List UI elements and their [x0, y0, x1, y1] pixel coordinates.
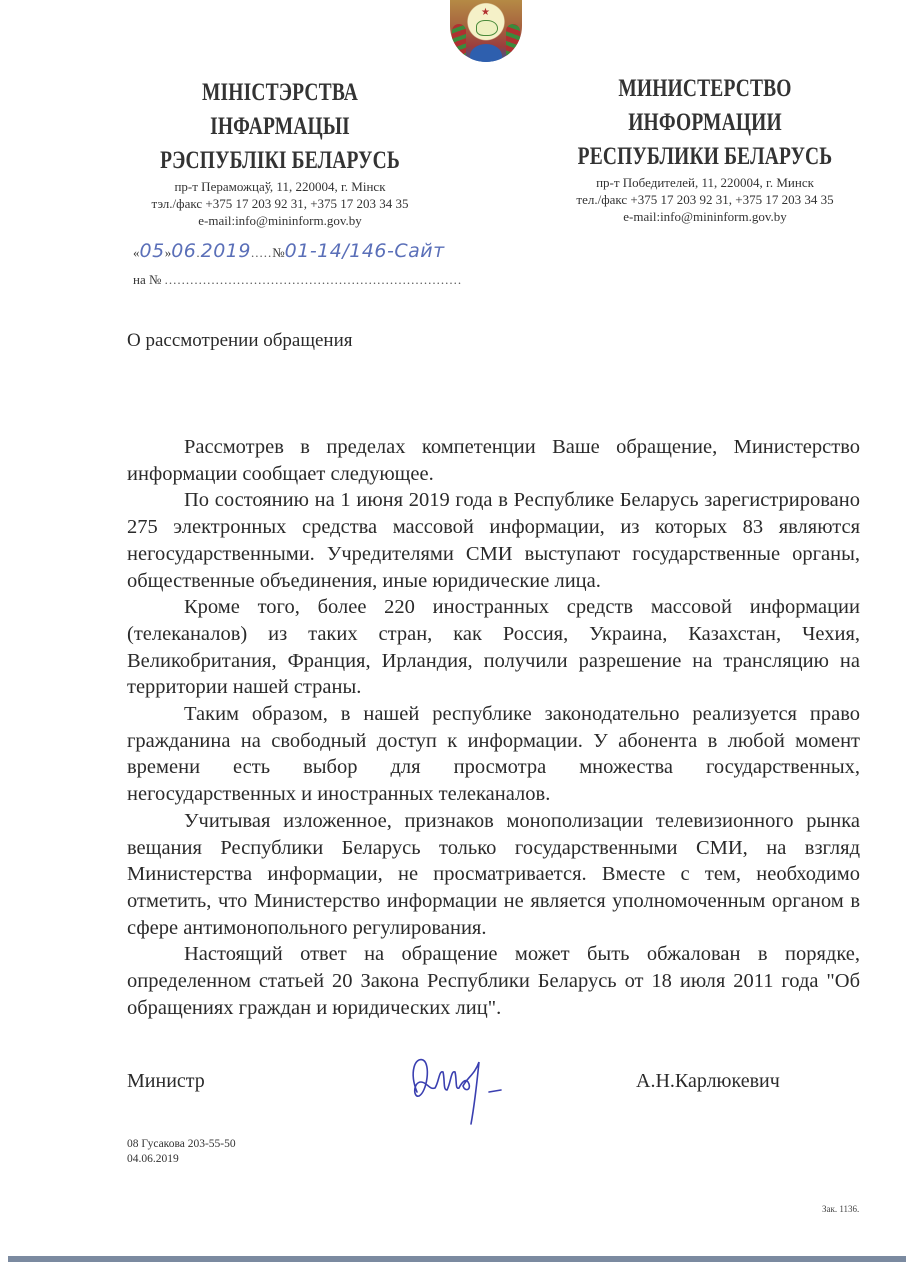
- print-order-number: Зак. 1136.: [822, 1204, 859, 1214]
- body-paragraph: Кроме того, более 220 иностранных средст…: [127, 594, 860, 701]
- body-paragraph: По состоянию на 1 июня 2019 года в Респу…: [127, 487, 860, 594]
- ministry-phone: тел./факс +375 17 203 92 31, +375 17 203…: [505, 191, 905, 208]
- ministry-name-line1: МИНИСТЕРСТВО ИНФОРМАЦИИ: [549, 72, 861, 140]
- belarus-state-emblem-icon: ★: [450, 0, 522, 62]
- ministry-address: пр-т Победителей, 11, 220004, г. Минск: [505, 174, 905, 191]
- body-paragraph: Учитывая изложенное, признаков монополиз…: [127, 808, 860, 942]
- reply-to-reference: на № ...................................…: [133, 272, 462, 288]
- ref-month: 06: [171, 240, 196, 262]
- ref-number: 01-14/146-Сайт: [285, 240, 445, 262]
- letter-body: Рассмотрев в пределах компетенции Ваше о…: [127, 434, 860, 1021]
- outgoing-reference: «05»06.2019.....№01-14/146-Сайт: [133, 240, 445, 262]
- ministry-name-line2: РЭСПУБЛІКІ БЕЛАРУСЬ: [132, 144, 428, 178]
- reply-to-label: на №: [133, 272, 161, 287]
- handwritten-signature-icon: [405, 1052, 535, 1132]
- body-paragraph: Настоящий ответ на обращение может быть …: [127, 941, 860, 1021]
- map-outline-icon: [476, 20, 498, 36]
- ministry-phone: тэл./факс +375 17 203 92 31, +375 17 203…: [90, 195, 470, 212]
- executor-date: 04.06.2019: [127, 1152, 236, 1167]
- ministry-name-line2: РЕСПУБЛИКИ БЕЛАРУСЬ: [549, 140, 861, 174]
- signer-name: А.Н.Карлюкевич: [636, 1070, 780, 1093]
- letterhead-russian: МИНИСТЕРСТВО ИНФОРМАЦИИ РЕСПУБЛИКИ БЕЛАР…: [505, 72, 905, 225]
- ref-number-label: №: [272, 245, 284, 260]
- body-paragraph: Таким образом, в нашей республике законо…: [127, 701, 860, 808]
- reply-to-blank: ........................................…: [165, 272, 463, 287]
- ref-year: 2019: [201, 240, 251, 262]
- signer-role: Министр: [127, 1070, 205, 1093]
- globe-icon: [470, 44, 502, 62]
- ministry-address: пр-т Пераможцаў, 11, 220004, г. Мінск: [90, 178, 470, 195]
- ministry-email: e-mail:info@mininform.gov.by: [90, 212, 470, 229]
- executor-contact: 08 Гусакова 203-55-50: [127, 1137, 236, 1152]
- emblem-ribbon-left: [452, 24, 466, 60]
- bottom-divider: [8, 1256, 906, 1262]
- body-paragraph: Рассмотрев в пределах компетенции Ваше о…: [127, 434, 860, 487]
- emblem-ribbon-right: [506, 24, 520, 60]
- ministry-name-line1: МІНІСТЭРСТВА ІНФАРМАЦЫІ: [132, 76, 428, 144]
- ministry-email: e-mail:info@mininform.gov.by: [505, 208, 905, 225]
- letter-subject: О рассмотрении обращения: [127, 330, 353, 352]
- ref-day: 05: [140, 240, 165, 262]
- star-icon: ★: [481, 8, 490, 18]
- letterhead-belarusian: МІНІСТЭРСТВА ІНФАРМАЦЫІ РЭСПУБЛІКІ БЕЛАР…: [90, 76, 470, 229]
- executor-info: 08 Гусакова 203-55-50 04.06.2019: [127, 1137, 236, 1167]
